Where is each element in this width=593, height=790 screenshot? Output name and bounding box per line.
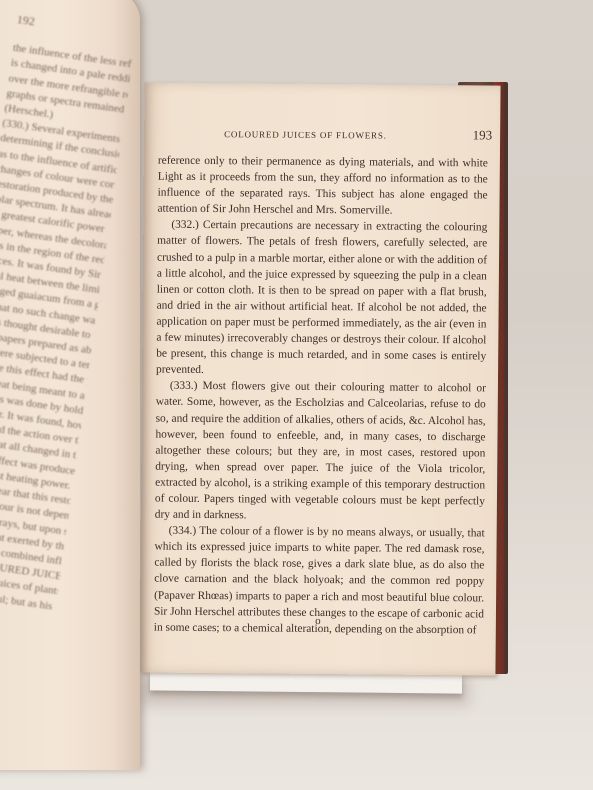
running-head: COLOURED JUICES OF FLOWERS. 193	[224, 125, 484, 143]
page-number: 193	[473, 127, 493, 143]
left-page-number: 192	[16, 12, 137, 44]
running-title: COLOURED JUICES OF FLOWERS.	[224, 129, 387, 140]
paragraph-333: (333.) Most flowers give out their colou…	[155, 378, 486, 526]
page-body: reference only to their permanence as dy…	[154, 153, 488, 639]
paragraph-332: (332.) Certain precautions are necessary…	[156, 217, 487, 381]
left-page-text: 192 the influence of the less refrangibl…	[0, 12, 137, 615]
left-page: 192 the influence of the less refrangibl…	[0, 0, 140, 770]
right-page: COLOURED JUICES OF FLOWERS. 193 referenc…	[139, 82, 500, 675]
paragraph-continued: reference only to their permanence as dy…	[157, 153, 488, 220]
left-page-lines: the influence of the less refrangibleis …	[0, 41, 133, 615]
